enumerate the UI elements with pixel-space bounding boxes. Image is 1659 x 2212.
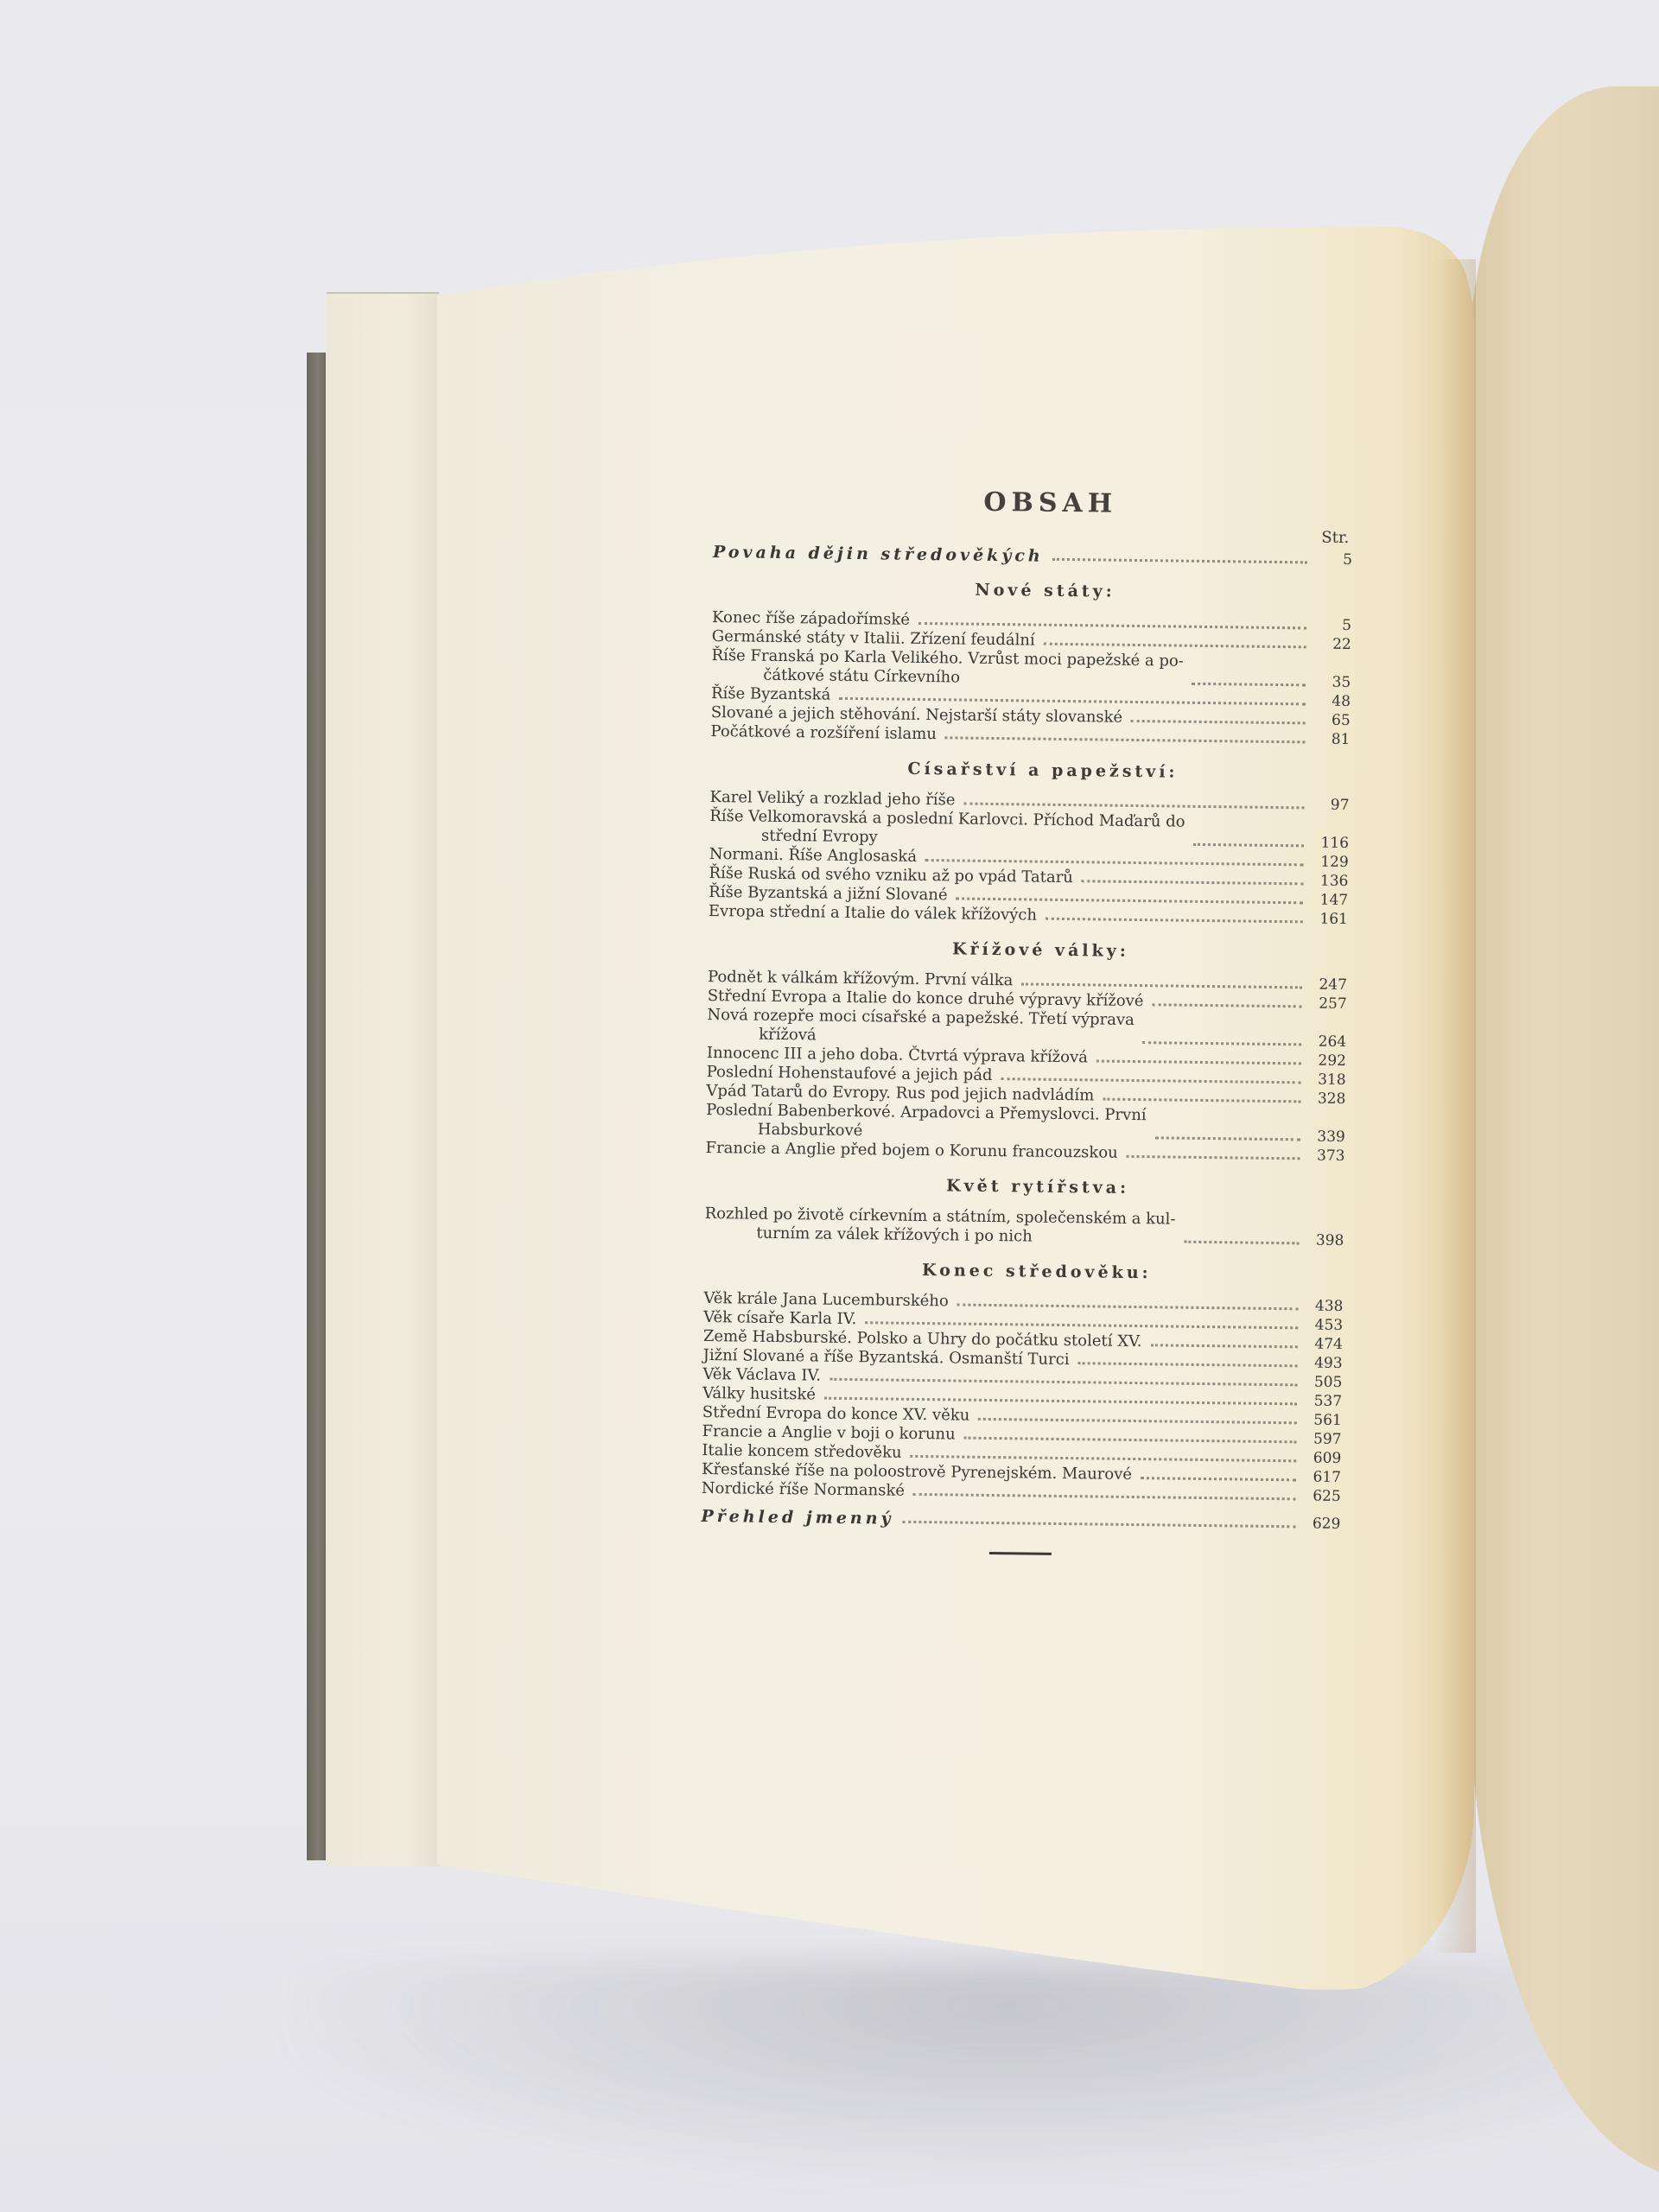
dot-leader (1152, 1003, 1301, 1007)
page-title: OBSAH (748, 484, 1353, 522)
toc-entry: Rozhled po životě církevním a státním, s… (704, 1205, 1344, 1250)
entry-label: Nová rozepře moci císařské a papežské. T… (707, 1006, 1135, 1049)
entry-page: 453 (1305, 1315, 1343, 1335)
dot-leader (839, 697, 1306, 706)
dot-leader (918, 622, 1306, 629)
entry-label: Evropa střední a Italie do válek křížový… (709, 902, 1037, 925)
entry-label: Konec říše západořímské (712, 608, 910, 630)
dot-leader (1127, 1155, 1300, 1160)
entry-page: 398 (1306, 1230, 1344, 1250)
dot-leader (1046, 918, 1303, 924)
entry-label-line: Konec říše západořímské (712, 608, 910, 629)
entry-page: 292 (1308, 1051, 1346, 1071)
entry-label: Povaha dějin středověkých (713, 543, 1044, 566)
entry-label-line: Francie a Anglie před bojem o Korunu fra… (705, 1139, 1117, 1162)
book-cover-edge (307, 353, 326, 1860)
toc-intro-entry: Povaha dějin středověkých 5 (713, 543, 1352, 569)
dot-leader (910, 1455, 1296, 1462)
entry-label-line: Nordické říše Normanské (702, 1479, 905, 1500)
entry-page: 65 (1313, 710, 1351, 730)
entry-label-line: Evropa střední a Italie do válek křížový… (709, 902, 1037, 925)
dot-leader (957, 1304, 1299, 1311)
dot-leader (1082, 880, 1304, 885)
entry-page: 129 (1311, 852, 1349, 872)
page-stack-edge (327, 292, 439, 1866)
facing-page (1469, 86, 1659, 2177)
entry-page: 247 (1309, 975, 1347, 995)
section-entries: Karel Veliký a rozklad jeho říše97Říše V… (709, 788, 1350, 929)
entry-page: 505 (1304, 1372, 1342, 1392)
dot-leader (963, 803, 1304, 810)
dot-leader (1077, 1362, 1297, 1367)
dot-leader (925, 859, 1304, 866)
dot-leader (964, 1437, 1297, 1444)
entry-page: 438 (1305, 1296, 1343, 1316)
entry-label: Říše Franská po Karla Velikého. Vzrůst m… (711, 646, 1184, 690)
dot-leader (978, 1418, 1297, 1425)
entry-label: Nordické říše Normanské (702, 1479, 905, 1501)
section-entries: Podnět k válkám křížovým. První válka247… (705, 968, 1347, 1166)
entry-page: 629 (1302, 1514, 1340, 1534)
gutter-shadow (1434, 259, 1476, 1953)
dot-leader (829, 1378, 1297, 1387)
entry-page: 264 (1308, 1032, 1346, 1052)
entry-label-line: Věk Václava IV. (702, 1365, 821, 1385)
book-shadow (294, 1961, 1590, 2177)
entry-page: 97 (1311, 795, 1349, 815)
entry-label: Války husitské (702, 1384, 816, 1405)
entry-label: Rozhled po životě církevním a státním, s… (704, 1205, 1175, 1249)
entry-page: 136 (1310, 871, 1348, 891)
entry-page: 373 (1306, 1146, 1344, 1166)
entry-page: 609 (1303, 1448, 1341, 1468)
dot-leader (902, 1521, 1295, 1529)
entry-page: 339 (1307, 1127, 1345, 1147)
entry-page: 474 (1305, 1334, 1343, 1354)
entry-page: 625 (1303, 1486, 1341, 1506)
entry-page: 328 (1307, 1089, 1345, 1109)
dot-leader (1052, 558, 1307, 564)
entry-page: 147 (1310, 890, 1348, 910)
section-entries: Věk krále Jana Lucemburského438Věk císař… (702, 1289, 1344, 1506)
section-heading: Křížové války: (734, 937, 1347, 963)
dot-leader (1192, 683, 1306, 687)
entry-page: 597 (1303, 1429, 1341, 1449)
dot-leader (1184, 1241, 1299, 1245)
entry-label: Věk císaře Karla IV. (703, 1308, 856, 1329)
section-heading: Nové státy: (738, 577, 1351, 604)
entry-label-line: Věk císaře Karla IV. (703, 1308, 856, 1328)
entry-label-line: Poslední Hohenstaufové a jejich pád (707, 1063, 993, 1084)
entry-label-line: Říše Byzantská a jižní Slované (709, 883, 948, 904)
dot-leader (1021, 982, 1302, 988)
dot-leader (1001, 1077, 1300, 1084)
entry-label: Počátkové a rozšíření islamu (710, 722, 937, 744)
dot-leader (824, 1397, 1297, 1406)
entry-page: 5 (1313, 615, 1351, 635)
entry-label-line: Věk krále Jana Lucemburského (703, 1289, 949, 1310)
dot-leader (1141, 1477, 1296, 1481)
entry-label: Říše Velkomoravská a poslední Karlovci. … (709, 807, 1185, 851)
section-heading: Císařství a papežství: (736, 757, 1350, 784)
entry-label: Poslední Babenberkové. Arpadovci a Přemy… (706, 1101, 1147, 1144)
entry-label-line: Karel Veliký a rozklad jeho říše (709, 788, 955, 809)
entry-label: Normani. Říše Anglosaská (709, 845, 918, 867)
toc-closing-entry: Přehled jmenný 629 (701, 1507, 1340, 1534)
entry-label-line: Normani. Říše Anglosaská (709, 845, 918, 866)
entry-page: 257 (1309, 994, 1347, 1014)
entry-label-line: Podnět k válkám křížovým. První válka (708, 968, 1014, 989)
table-of-contents: OBSAH Str. Povaha dějin středověkých 5 N… (701, 484, 1353, 1559)
dot-leader (957, 897, 1304, 904)
entry-page: 35 (1313, 672, 1351, 692)
dot-leader (1131, 720, 1306, 724)
entry-page: 161 (1310, 909, 1348, 929)
entry-page: 318 (1307, 1070, 1345, 1090)
entry-page: 48 (1313, 691, 1351, 711)
entry-label: Přehled jmenný (701, 1507, 893, 1529)
section-entries: Rozhled po životě církevním a státním, s… (704, 1205, 1344, 1250)
entry-label-line: Počátkové a rozšíření islamu (710, 722, 937, 743)
entry-page: 116 (1311, 833, 1349, 853)
dot-leader (1142, 1041, 1301, 1046)
entry-label-line: Francie a Anglie v boji o korunu (702, 1422, 955, 1444)
dot-leader (1193, 843, 1304, 848)
dot-leader (1154, 1136, 1300, 1141)
entry-label-line: Italie koncem středověku (702, 1441, 901, 1462)
entry-label: Italie koncem středověku (702, 1441, 901, 1463)
dot-leader (1044, 643, 1306, 649)
dot-leader (913, 1493, 1296, 1500)
entry-label-line: Války husitské (702, 1384, 816, 1404)
dot-leader (1151, 1344, 1298, 1348)
toc-sections: Nové státy:Konec říše západořímské5Germá… (702, 577, 1352, 1506)
dot-leader (865, 1321, 1298, 1329)
entry-label: Věk Václava IV. (702, 1365, 821, 1386)
entry-label: Říše Byzantská (711, 684, 830, 705)
entry-label-line: Střední Evropa do konce XV. věku (702, 1403, 970, 1425)
entry-page: 493 (1304, 1353, 1342, 1373)
entry-page: 5 (1314, 550, 1352, 569)
entry-page: 617 (1303, 1467, 1341, 1487)
section-heading: Květ rytířstva: (731, 1173, 1344, 1200)
entry-page: 537 (1304, 1391, 1342, 1411)
entry-label-line: Říše Byzantská (711, 684, 830, 704)
entry-page: 561 (1304, 1410, 1342, 1430)
section-entries: Konec říše západořímské5Germánské státy … (710, 608, 1351, 749)
dot-leader (945, 736, 1306, 743)
section-heading: Konec středověku: (730, 1258, 1344, 1285)
dot-leader (1103, 1098, 1300, 1103)
entry-page: 81 (1312, 729, 1350, 749)
dot-leader (1096, 1059, 1301, 1065)
entry-page: 22 (1313, 634, 1351, 654)
entry-label: Francie a Anglie před bojem o Korunu fra… (705, 1139, 1117, 1163)
